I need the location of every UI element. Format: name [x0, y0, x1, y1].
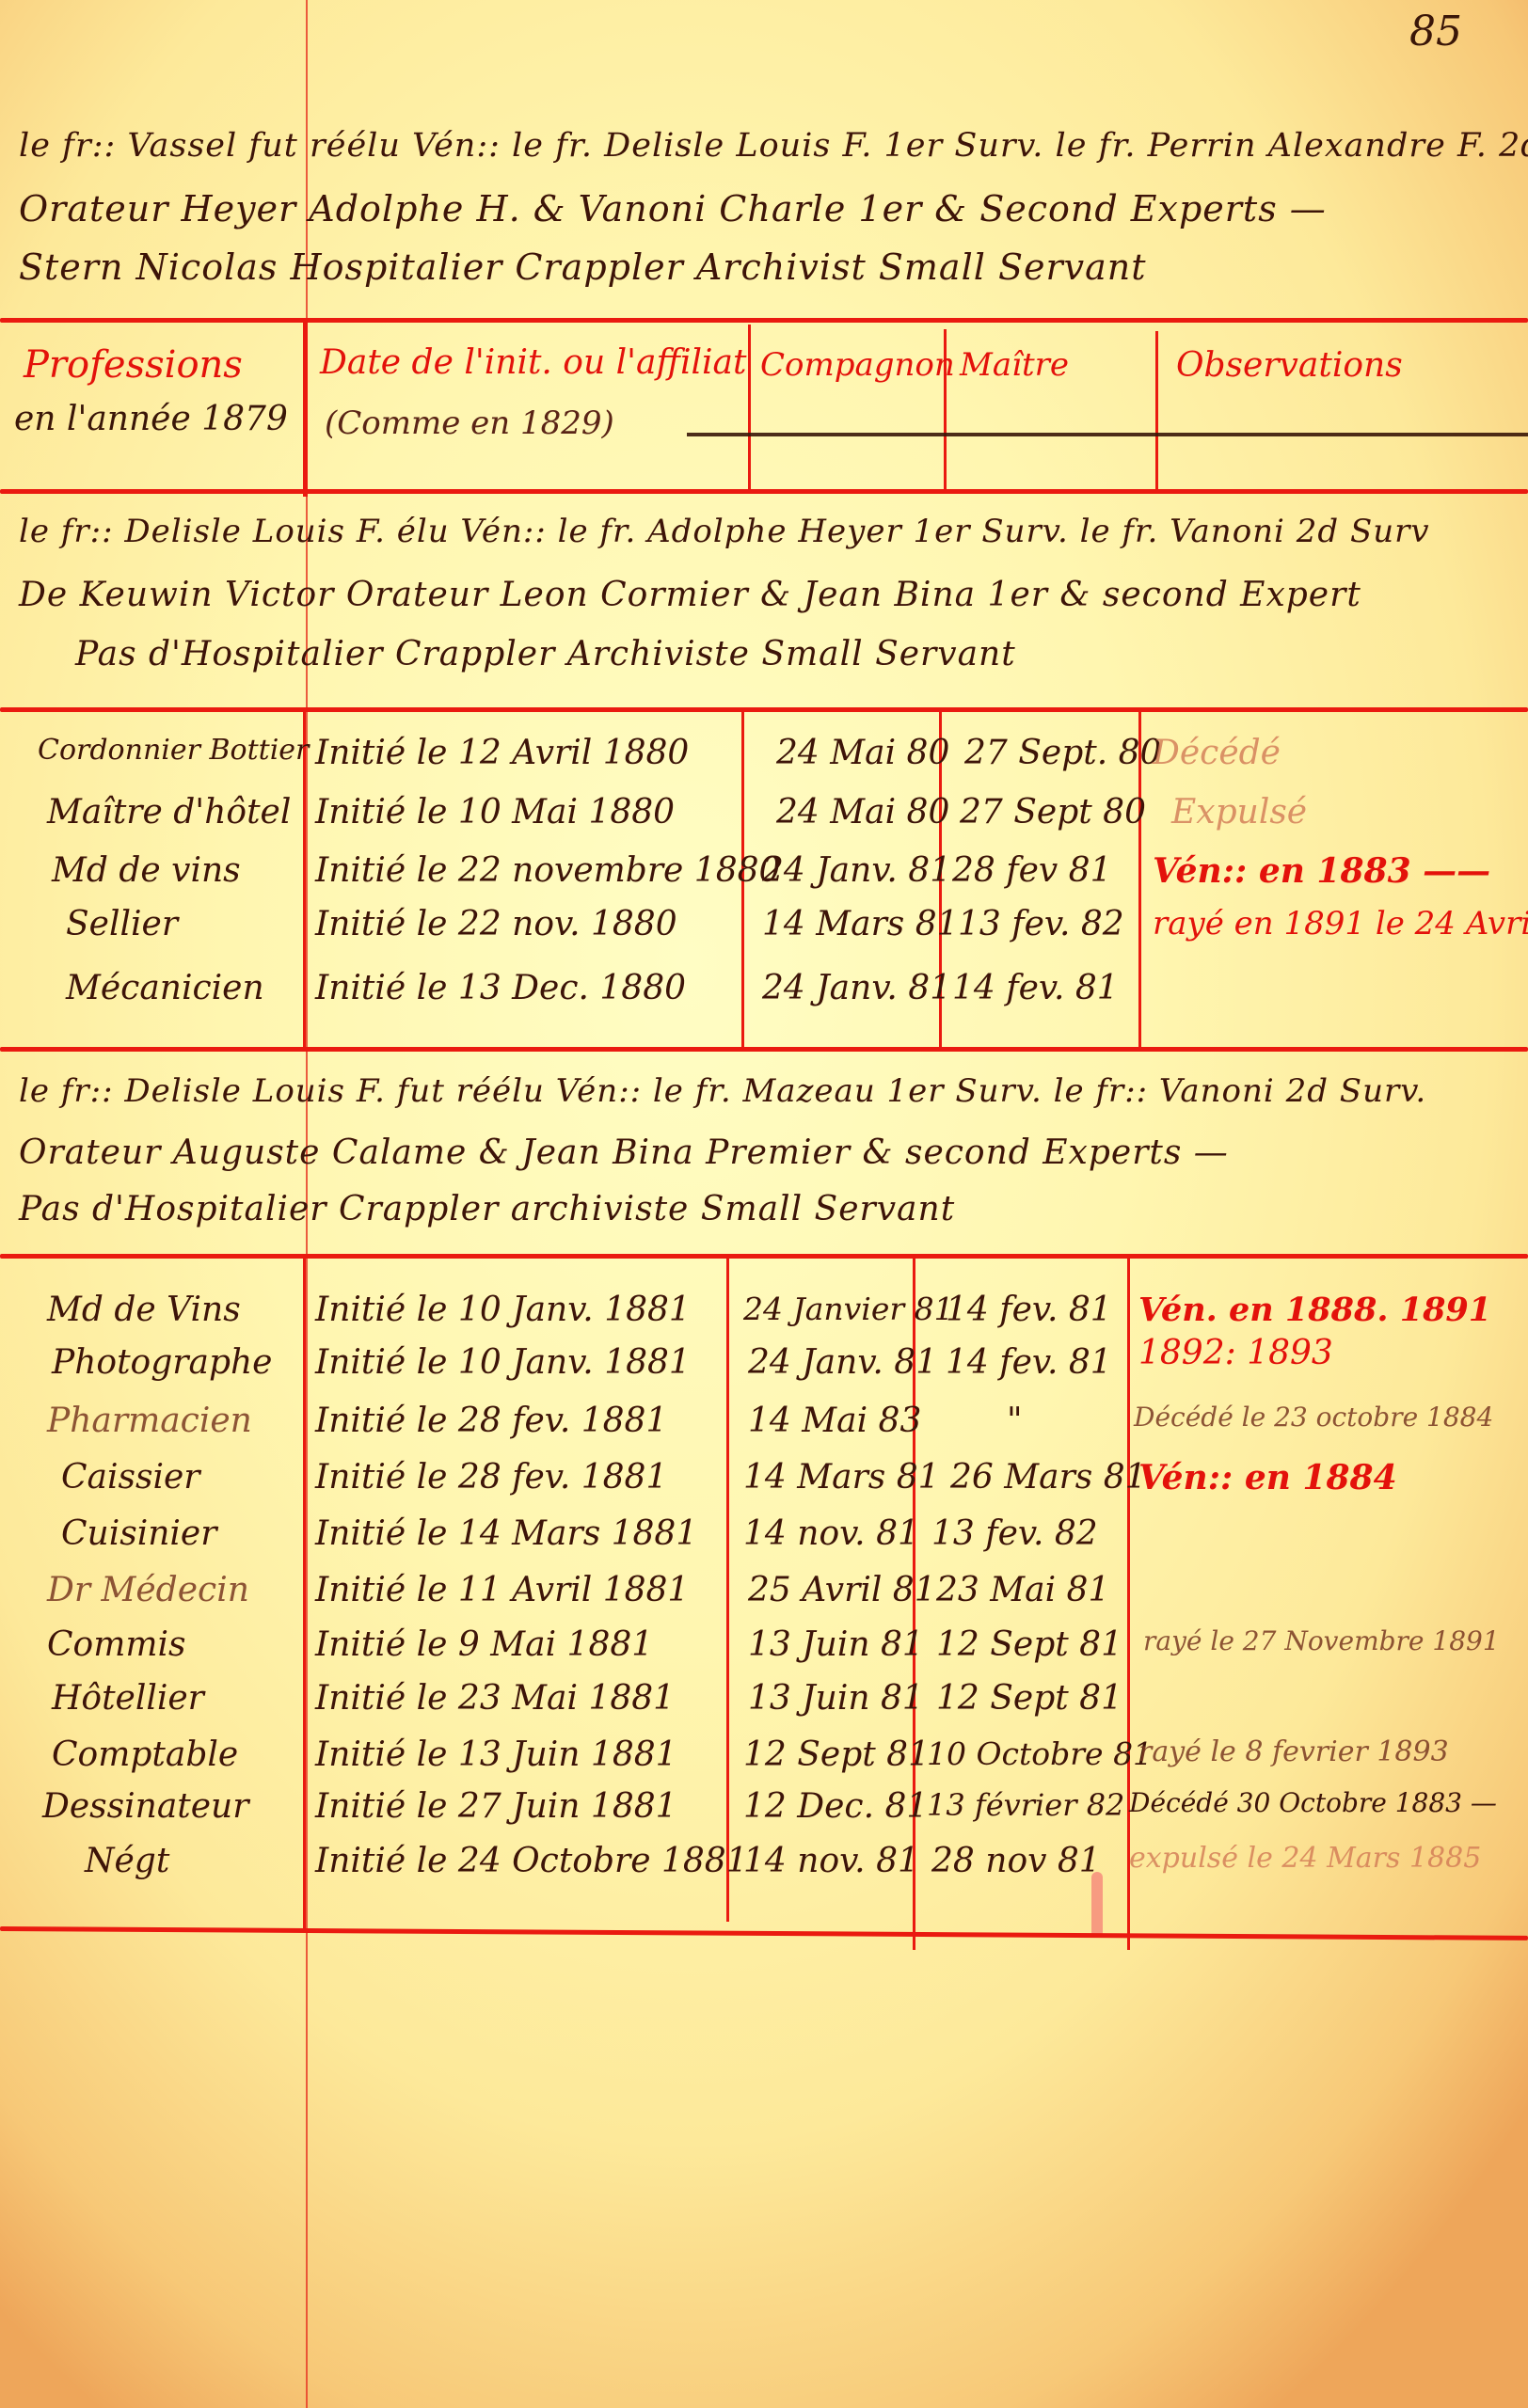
- profession-cell: Négt: [85, 1842, 169, 1880]
- compagnon-cell: 25 Avril 81: [748, 1571, 936, 1609]
- paragraph-line: Orateur Heyer Adolphe H. & Vanoni Charle…: [19, 188, 1327, 230]
- maitre-cell: 13 fev. 82: [958, 905, 1124, 943]
- initiation-cell: Initié le 11 Avril 1881: [315, 1571, 689, 1609]
- compagnon-cell: 14 nov. 81: [743, 1842, 919, 1880]
- profession-cell: Mécanicien: [66, 969, 264, 1007]
- initiation-cell: Initié le 13 Dec. 1880: [315, 969, 686, 1007]
- initiation-cell: Initié le 14 Mars 1881: [315, 1514, 697, 1553]
- maitre-cell: 26 Mars 81: [950, 1458, 1147, 1497]
- header-date-initiation: Date de l'init. ou l'affiliat: [320, 343, 746, 382]
- maitre-cell: 14 fev. 81: [952, 969, 1119, 1007]
- observation-cell: Vén. en 1888. 1891: [1138, 1291, 1491, 1329]
- profession-cell: Hôtellier: [52, 1679, 204, 1718]
- page-number: 85: [1409, 8, 1462, 55]
- maitre-cell: 12 Sept 81: [936, 1625, 1122, 1664]
- initiation-cell: Initié le 9 Mai 1881: [315, 1625, 653, 1664]
- observation-cell: Vén:: en 1883 ——: [1153, 851, 1490, 891]
- column-divider: [1155, 331, 1158, 489]
- compagnon-cell: 24 Janv. 81: [748, 1343, 937, 1382]
- maitre-cell: 28 nov 81: [931, 1842, 1101, 1880]
- observation-cell: Expulsé: [1171, 793, 1307, 832]
- paragraph-line: le fr:: Vassel fut réélu Vén:: le fr. De…: [19, 127, 1528, 165]
- initiation-cell: Initié le 22 novembre 1880: [315, 851, 780, 890]
- table-row: Négt Initié le 24 Octobre 1881 14 nov. 8…: [0, 1842, 1528, 1898]
- paragraph-line: Orateur Auguste Calame & Jean Bina Premi…: [19, 1133, 1229, 1172]
- initiation-cell: Initié le 12 Avril 1880: [315, 734, 689, 772]
- compagnon-cell: 13 Juin 81: [748, 1625, 924, 1664]
- profession-cell: Caissier: [61, 1458, 200, 1497]
- maitre-cell: 28 fev 81: [952, 851, 1111, 890]
- header-subrule: [687, 433, 1528, 436]
- table-row: Md de vins Initié le 22 novembre 1880 24…: [0, 851, 1528, 908]
- header-professions-year: en l'année 1879: [14, 400, 288, 438]
- table-row: Cordonnier Bottier Initié le 12 Avril 18…: [0, 734, 1528, 790]
- compagnon-cell: 24 Mai 80: [776, 793, 949, 832]
- maitre-cell: 27 Sept 80: [960, 793, 1146, 832]
- paragraph-line: le fr:: Delisle Louis F. élu Vén:: le fr…: [19, 513, 1430, 550]
- paragraph-line: Stern Nicolas Hospitalier Crappler Archi…: [19, 246, 1147, 288]
- maitre-cell: 14 fev. 81: [946, 1343, 1112, 1382]
- paragraph-line: le fr:: Delisle Louis F. fut réélu Vén::…: [19, 1072, 1426, 1110]
- observation-cell: Décédé le 23 octobre 1884: [1134, 1402, 1493, 1433]
- profession-cell: Pharmacien: [47, 1402, 252, 1440]
- compagnon-cell: 12 Dec. 81: [743, 1787, 928, 1826]
- profession-cell: Cuisinier: [61, 1514, 216, 1553]
- table-row: Commis Initié le 9 Mai 1881 13 Juin 81 1…: [0, 1625, 1528, 1682]
- table-row: Photographe Initié le 10 Janv. 1881 24 J…: [0, 1343, 1528, 1400]
- paragraph-line: De Keuwin Victor Orateur Leon Cormier & …: [19, 576, 1361, 614]
- maitre-cell: 23 Mai 81: [936, 1571, 1109, 1609]
- header-top-rule: [0, 318, 1528, 323]
- table-row: Dessinateur Initié le 27 Juin 1881 12 De…: [0, 1787, 1528, 1844]
- profession-cell: Dessinateur: [42, 1787, 248, 1826]
- observation-cell: 1892: 1893: [1138, 1334, 1333, 1372]
- ink-smudge: [1091, 1872, 1103, 1938]
- table-row: Cuisinier Initié le 14 Mars 1881 14 nov.…: [0, 1514, 1528, 1571]
- table-row: Maître d'hôtel Initié le 10 Mai 1880 24 …: [0, 793, 1528, 849]
- observation-cell: Vén:: en 1884: [1138, 1458, 1397, 1497]
- table-row: Hôtellier Initié le 23 Mai 1881 13 Juin …: [0, 1679, 1528, 1735]
- compagnon-cell: 14 Mai 83: [748, 1402, 921, 1440]
- header-bottom-rule: [0, 489, 1528, 494]
- table-row: Dr Médecin Initié le 11 Avril 1881 25 Av…: [0, 1571, 1528, 1627]
- initiation-cell: Initié le 10 Janv. 1881: [315, 1343, 691, 1382]
- compagnon-cell: 24 Mai 80: [776, 734, 949, 772]
- maitre-cell: 10 Octobre 81: [927, 1735, 1153, 1772]
- initiation-cell: Initié le 28 fev. 1881: [315, 1402, 667, 1440]
- table-row: Pharmacien Initié le 28 fev. 1881 14 Mai…: [0, 1402, 1528, 1458]
- compagnon-cell: 24 Janv. 81: [762, 851, 951, 890]
- compagnon-cell: 13 Juin 81: [748, 1679, 924, 1718]
- compagnon-cell: 14 Mars 81: [762, 905, 959, 943]
- header-professions: Professions: [24, 343, 243, 387]
- observation-cell: Décédé: [1153, 734, 1281, 772]
- table-bottom-rule: [0, 1047, 1528, 1052]
- compagnon-cell: 24 Janvier 81: [743, 1291, 954, 1327]
- initiation-cell: Initié le 23 Mai 1881: [315, 1679, 675, 1718]
- maitre-cell: 14 fev. 81: [946, 1291, 1112, 1329]
- observation-cell: rayé en 1891 le 24 Avril: [1153, 905, 1528, 943]
- table-row: Caissier Initié le 28 fev. 1881 14 Mars …: [0, 1458, 1528, 1514]
- profession-cell: Cordonnier Bottier: [38, 734, 309, 767]
- maitre-cell: 12 Sept 81: [936, 1679, 1122, 1718]
- initiation-cell: Initié le 28 fev. 1881: [315, 1458, 667, 1497]
- profession-cell: Photographe: [52, 1343, 272, 1382]
- profession-cell: Comptable: [52, 1735, 238, 1774]
- profession-cell: Md de vins: [52, 851, 241, 890]
- observation-cell: expulsé le 24 Mars 1885: [1129, 1842, 1481, 1875]
- header-maitre: Maître: [960, 346, 1069, 384]
- maitre-cell: 27 Sept. 80: [964, 734, 1161, 772]
- initiation-cell: Initié le 10 Janv. 1881: [315, 1291, 691, 1329]
- maitre-cell: 13 fev. 82: [931, 1514, 1098, 1553]
- initiation-cell: Initié le 13 Juin 1881: [315, 1735, 677, 1774]
- table-bottom-rule: [0, 1926, 1528, 1941]
- header-compagnon: Compagnon: [760, 346, 955, 384]
- initiation-cell: Initié le 22 nov. 1880: [315, 905, 677, 943]
- initiation-cell: Initié le 10 Mai 1880: [315, 793, 675, 832]
- table-row: Mécanicien Initié le 13 Dec. 1880 24 Jan…: [0, 969, 1528, 1025]
- observation-cell: rayé le 8 fevrier 1893: [1138, 1735, 1449, 1768]
- compagnon-cell: 14 Mars 81: [743, 1458, 940, 1497]
- compagnon-cell: 12 Sept 81: [743, 1735, 930, 1774]
- table-row: Comptable Initié le 13 Juin 1881 12 Sept…: [0, 1735, 1528, 1792]
- compagnon-cell: 14 nov. 81: [743, 1514, 919, 1553]
- column-divider: [303, 318, 308, 497]
- maitre-cell: 13 février 82: [927, 1787, 1124, 1823]
- initiation-cell: Initié le 27 Juin 1881: [315, 1787, 677, 1826]
- profession-cell: Maître d'hôtel: [47, 793, 291, 832]
- paragraph-line: Pas d'Hospitalier Crappler archiviste Sm…: [19, 1190, 955, 1228]
- profession-cell: Md de Vins: [47, 1291, 241, 1329]
- initiation-cell: Initié le 24 Octobre 1881: [315, 1842, 748, 1880]
- paragraph-line: Pas d'Hospitalier Crappler Archiviste Sm…: [75, 635, 1016, 673]
- observation-cell: rayé le 27 Novembre 1891: [1143, 1625, 1500, 1656]
- table-top-rule: [0, 707, 1528, 712]
- table-row: Sellier Initié le 22 nov. 1880 14 Mars 8…: [0, 905, 1528, 961]
- header-date-note: (Comme en 1829): [325, 404, 614, 442]
- header-observations: Observations: [1176, 346, 1403, 385]
- column-divider: [748, 325, 751, 489]
- table-top-rule: [0, 1254, 1528, 1259]
- profession-cell: Dr Médecin: [47, 1571, 249, 1609]
- profession-cell: Commis: [47, 1625, 185, 1664]
- profession-cell: Sellier: [66, 905, 178, 943]
- observation-cell: Décédé 30 Octobre 1883 —: [1129, 1787, 1497, 1818]
- maitre-cell: ": [1007, 1402, 1023, 1440]
- compagnon-cell: 24 Janv. 81: [762, 969, 951, 1007]
